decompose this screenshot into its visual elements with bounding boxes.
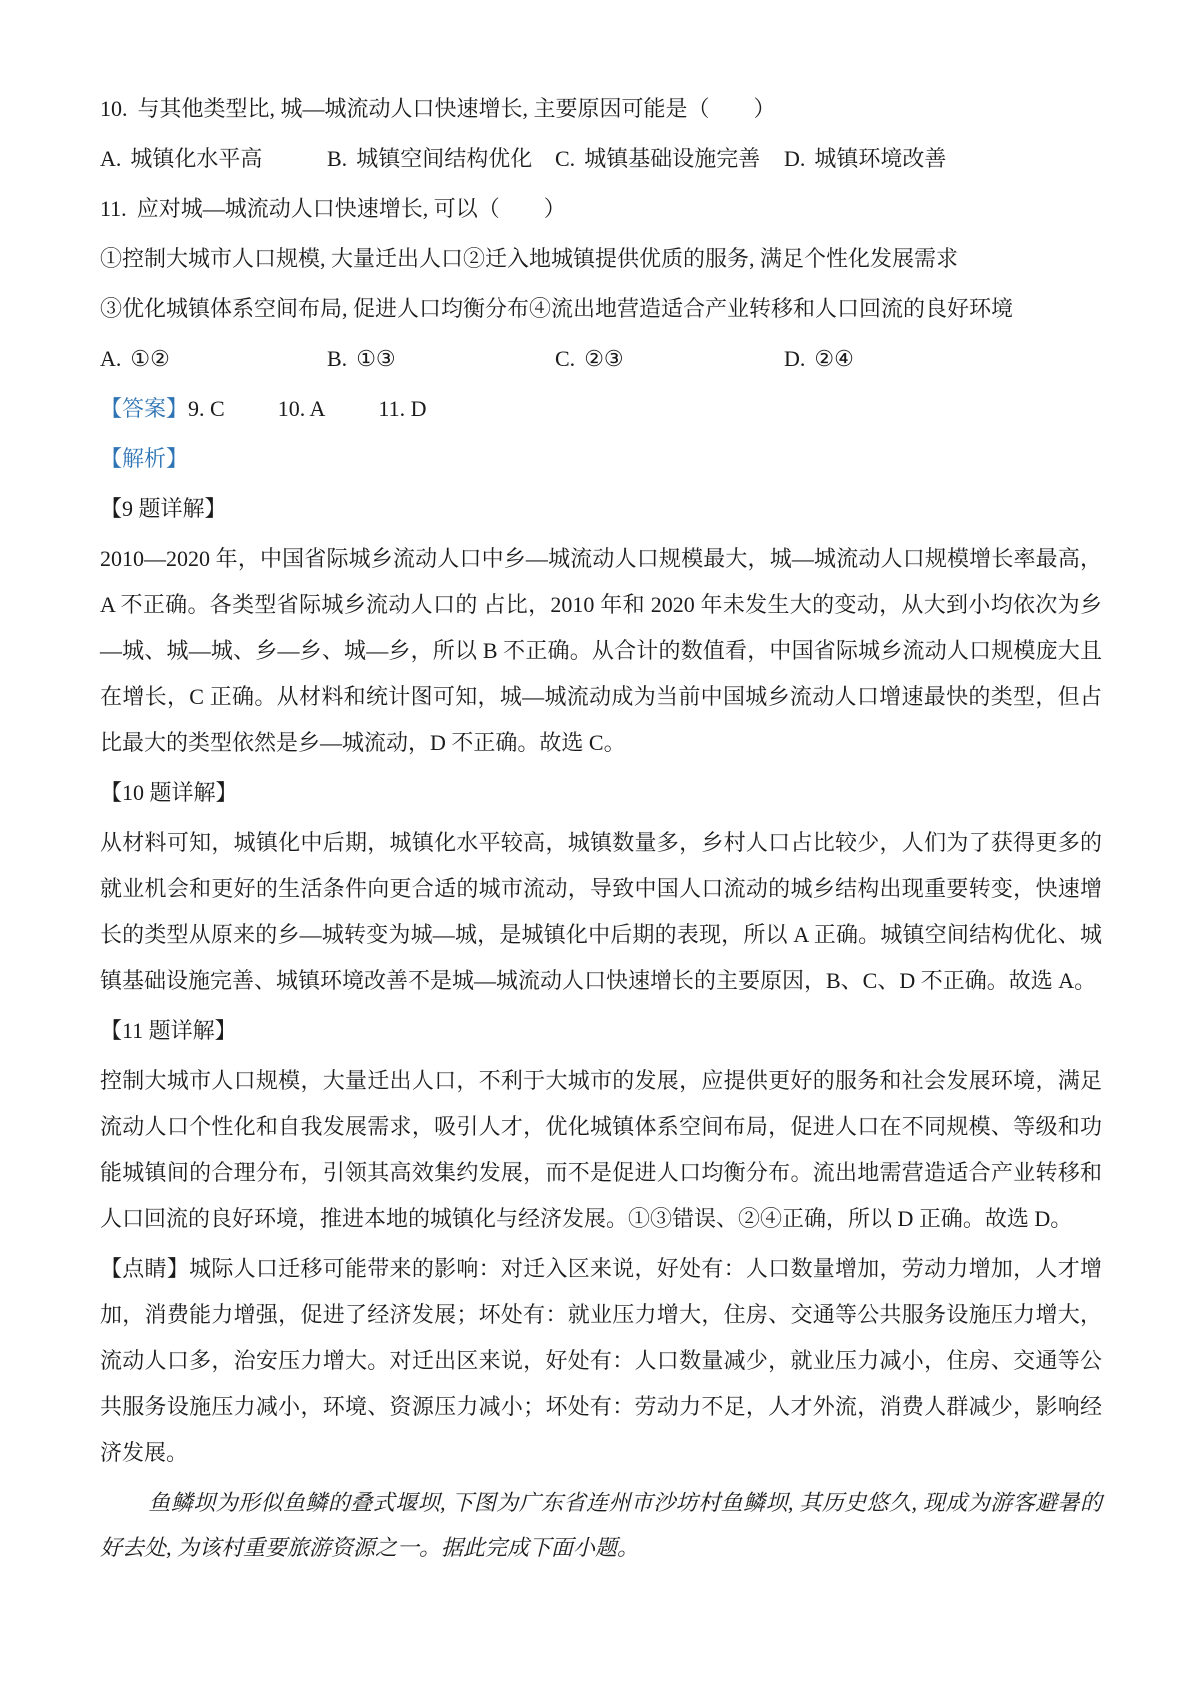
document-content: 10.与其他类型比, 城—城流动人口快速增长, 主要原因可能是（ ） A.城镇化… bbox=[100, 86, 1102, 1570]
option-d-text: ②④ bbox=[814, 346, 853, 371]
answer-value-9: 9. C bbox=[188, 396, 225, 421]
option-b-label: B. bbox=[327, 346, 347, 371]
option-a-label: A. bbox=[100, 346, 121, 371]
question-10-option-a: A.城镇化水平高 bbox=[100, 136, 327, 182]
question-10-stem: 10.与其他类型比, 城—城流动人口快速增长, 主要原因可能是（ ） bbox=[100, 86, 1102, 132]
tip-tag: 【点睛】 bbox=[100, 1256, 189, 1281]
option-c-text: ②③ bbox=[584, 346, 623, 371]
answer-tag: 【答案】 bbox=[100, 396, 188, 421]
option-c-label: C. bbox=[555, 346, 575, 371]
question-11-stem: 11.应对城—城流动人口快速增长, 可以（ ） bbox=[100, 186, 1102, 232]
question-10-options: A.城镇化水平高 B.城镇空间结构优化 C.城镇基础设施完善 D.城镇环境改善 bbox=[100, 136, 1102, 182]
option-d-label: D. bbox=[784, 146, 805, 171]
question-11-statement-1: ①控制大城市人口规模, 大量迁出人口②迁入地城镇提供优质的服务, 满足个性化发展… bbox=[100, 236, 1102, 282]
question-10-option-c: C.城镇基础设施完善 bbox=[555, 136, 784, 182]
question-11-option-d: D.②④ bbox=[784, 336, 1102, 382]
option-c-text: 城镇基础设施完善 bbox=[584, 146, 760, 171]
question-11-options: A.①② B.①③ C.②③ D.②④ bbox=[100, 336, 1102, 382]
question-10-option-b: B.城镇空间结构优化 bbox=[327, 136, 555, 182]
option-d-label: D. bbox=[784, 346, 805, 371]
option-a-text: 城镇化水平高 bbox=[130, 146, 262, 171]
option-a-text: ①② bbox=[130, 346, 169, 371]
section-9-heading: 【9 题详解】 bbox=[100, 486, 1102, 532]
option-b-label: B. bbox=[327, 146, 347, 171]
option-b-text: ①③ bbox=[356, 346, 395, 371]
answer-value-11: 11. D bbox=[378, 396, 426, 421]
tip-paragraph: 【点睛】城际人口迁移可能带来的影响：对迁入区来说，好处有：人口数量增加，劳动力增… bbox=[100, 1246, 1102, 1476]
tip-body: 城际人口迁移可能带来的影响：对迁入区来说，好处有：人口数量增加，劳动力增加，人才… bbox=[100, 1256, 1102, 1465]
question-11-number: 11. bbox=[100, 196, 127, 221]
section-9-body: 2010—2020 年，中国省际城乡流动人口中乡—城流动人口规模最大，城—城流动… bbox=[100, 536, 1102, 766]
question-11-option-c: C.②③ bbox=[555, 336, 784, 382]
answer-value-10: 10. A bbox=[278, 396, 326, 421]
passage-paragraph: 鱼鳞坝为形似鱼鳞的叠式堰坝, 下图为广东省连州市沙坊村鱼鳞坝, 其历史悠久, 现… bbox=[100, 1480, 1102, 1570]
section-11-body: 控制大城市人口规模，大量迁出人口，不利于大城市的发展，应提供更好的服务和社会发展… bbox=[100, 1058, 1102, 1242]
question-11-statement-2: ③优化城镇体系空间布局, 促进人口均衡分布④流出地营造适合产业转移和人口回流的良… bbox=[100, 286, 1102, 332]
option-c-label: C. bbox=[555, 146, 575, 171]
option-d-text: 城镇环境改善 bbox=[814, 146, 946, 171]
section-10-heading: 【10 题详解】 bbox=[100, 770, 1102, 816]
option-a-label: A. bbox=[100, 146, 121, 171]
option-b-text: 城镇空间结构优化 bbox=[356, 146, 532, 171]
document-page: 10.与其他类型比, 城—城流动人口快速增长, 主要原因可能是（ ） A.城镇化… bbox=[0, 0, 1200, 1698]
question-11-option-a: A.①② bbox=[100, 336, 327, 382]
question-10-option-d: D.城镇环境改善 bbox=[784, 136, 1102, 182]
section-11-heading: 【11 题详解】 bbox=[100, 1008, 1102, 1054]
section-10-body: 从材料可知，城镇化中后期，城镇化水平较高，城镇数量多，乡村人口占比较少，人们为了… bbox=[100, 820, 1102, 1004]
question-10-stem-text: 与其他类型比, 城—城流动人口快速增长, 主要原因可能是（ ） bbox=[138, 96, 776, 121]
answer-line: 【答案】9. C10. A11. D bbox=[100, 386, 1102, 432]
question-11-option-b: B.①③ bbox=[327, 336, 555, 382]
question-10-number: 10. bbox=[100, 96, 128, 121]
question-11-stem-text: 应对城—城流动人口快速增长, 可以（ ） bbox=[137, 196, 566, 221]
analysis-tag: 【解析】 bbox=[100, 436, 1102, 482]
